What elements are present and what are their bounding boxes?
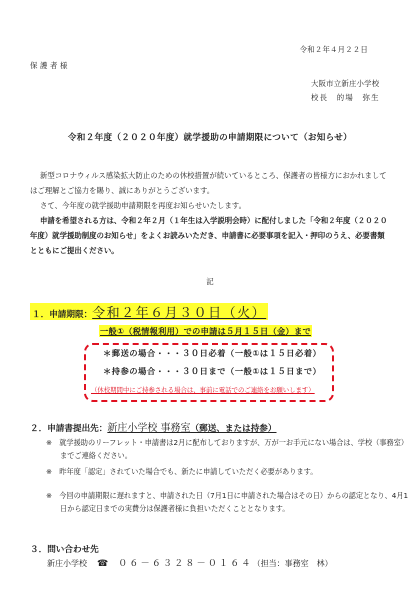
note-leaflet: ※ 就学援助のリーフレット・申請書は2月に配布しておりますが、万が一お手元にない… <box>46 437 410 462</box>
sender-name: 校長 的場 弥生 <box>311 92 380 103</box>
general-deadline-note: 一般①（税情報利用）での申請は５月１５日（金）まで <box>99 325 312 337</box>
notice-paragraph: さて、今年度の就学援助申請期限を再度お知らせいたします。 <box>30 198 392 213</box>
ki-marker: 記 <box>0 276 420 287</box>
contact-school: 新庄小学校 <box>47 559 87 568</box>
submission-place-text: 新庄小学校 事務室 <box>107 423 190 434</box>
bring-option: ＊持参の場合・・・３０日まで（一般①は１５日まで） <box>103 366 321 377</box>
submission-place: 新庄小学校 事務室（郵送、または持参） <box>107 423 284 434</box>
section2-heading: ２．申請書提出先：新庄小学校 事務室（郵送、または持参） <box>30 419 285 434</box>
phone-number: ０６－６３２８－０１６４ <box>118 559 252 569</box>
mail-option: ＊郵送の場合・・・３０日必着（一般①は１５日必着） <box>103 348 321 359</box>
instruction-paragraph: 申請を希望される方は、令和２年２月（１年生は入学説明会時）に配付しました「令和２… <box>30 213 392 258</box>
section2-label: ２．申請書提出先： <box>30 424 107 434</box>
note-reapply: ※ 昨年度「認定」されていた場合でも、新たに申請していただく必要があります。 <box>46 466 410 479</box>
deadline-date: 令和２年６月３０日（火） <box>92 306 266 321</box>
intro-paragraph: 新型コロナウィルス感染拡大防止のための休校措置が続いているところ、保護者の皆様方… <box>30 168 392 198</box>
telephone-icon: ☎ <box>97 559 108 569</box>
section1-heading: １．申請期限：令和２年６月３０日（火） <box>30 303 268 320</box>
submission-method: （郵送、または持参） <box>191 424 277 434</box>
section1-label: １．申請期限： <box>32 310 92 320</box>
closure-phone-note: （休校期間中にご持参される場合は、事前に電話でのご連絡をお願いします） <box>91 385 315 394</box>
note-late-application: ※ 今回の申請期限に遅れますと、申請された日（7月1日に申請された場合はその日）… <box>46 490 410 515</box>
document-title: 令和２年度（２０２０年度）就学援助の申請期限について（お知らせ） <box>0 131 420 143</box>
contact-person: （担当：事務室 林） <box>253 559 333 568</box>
document-date: 令和２年４月２２日 <box>300 44 368 55</box>
addressee: 保護者様 <box>30 60 70 71</box>
contact-line: 新庄小学校☎０６－６３２８－０１６４（担当：事務室 林） <box>47 556 333 569</box>
section3-heading: ３．問い合わせ先 <box>30 543 99 555</box>
sender-organization: 大阪市立新庄小学校 <box>311 78 379 89</box>
